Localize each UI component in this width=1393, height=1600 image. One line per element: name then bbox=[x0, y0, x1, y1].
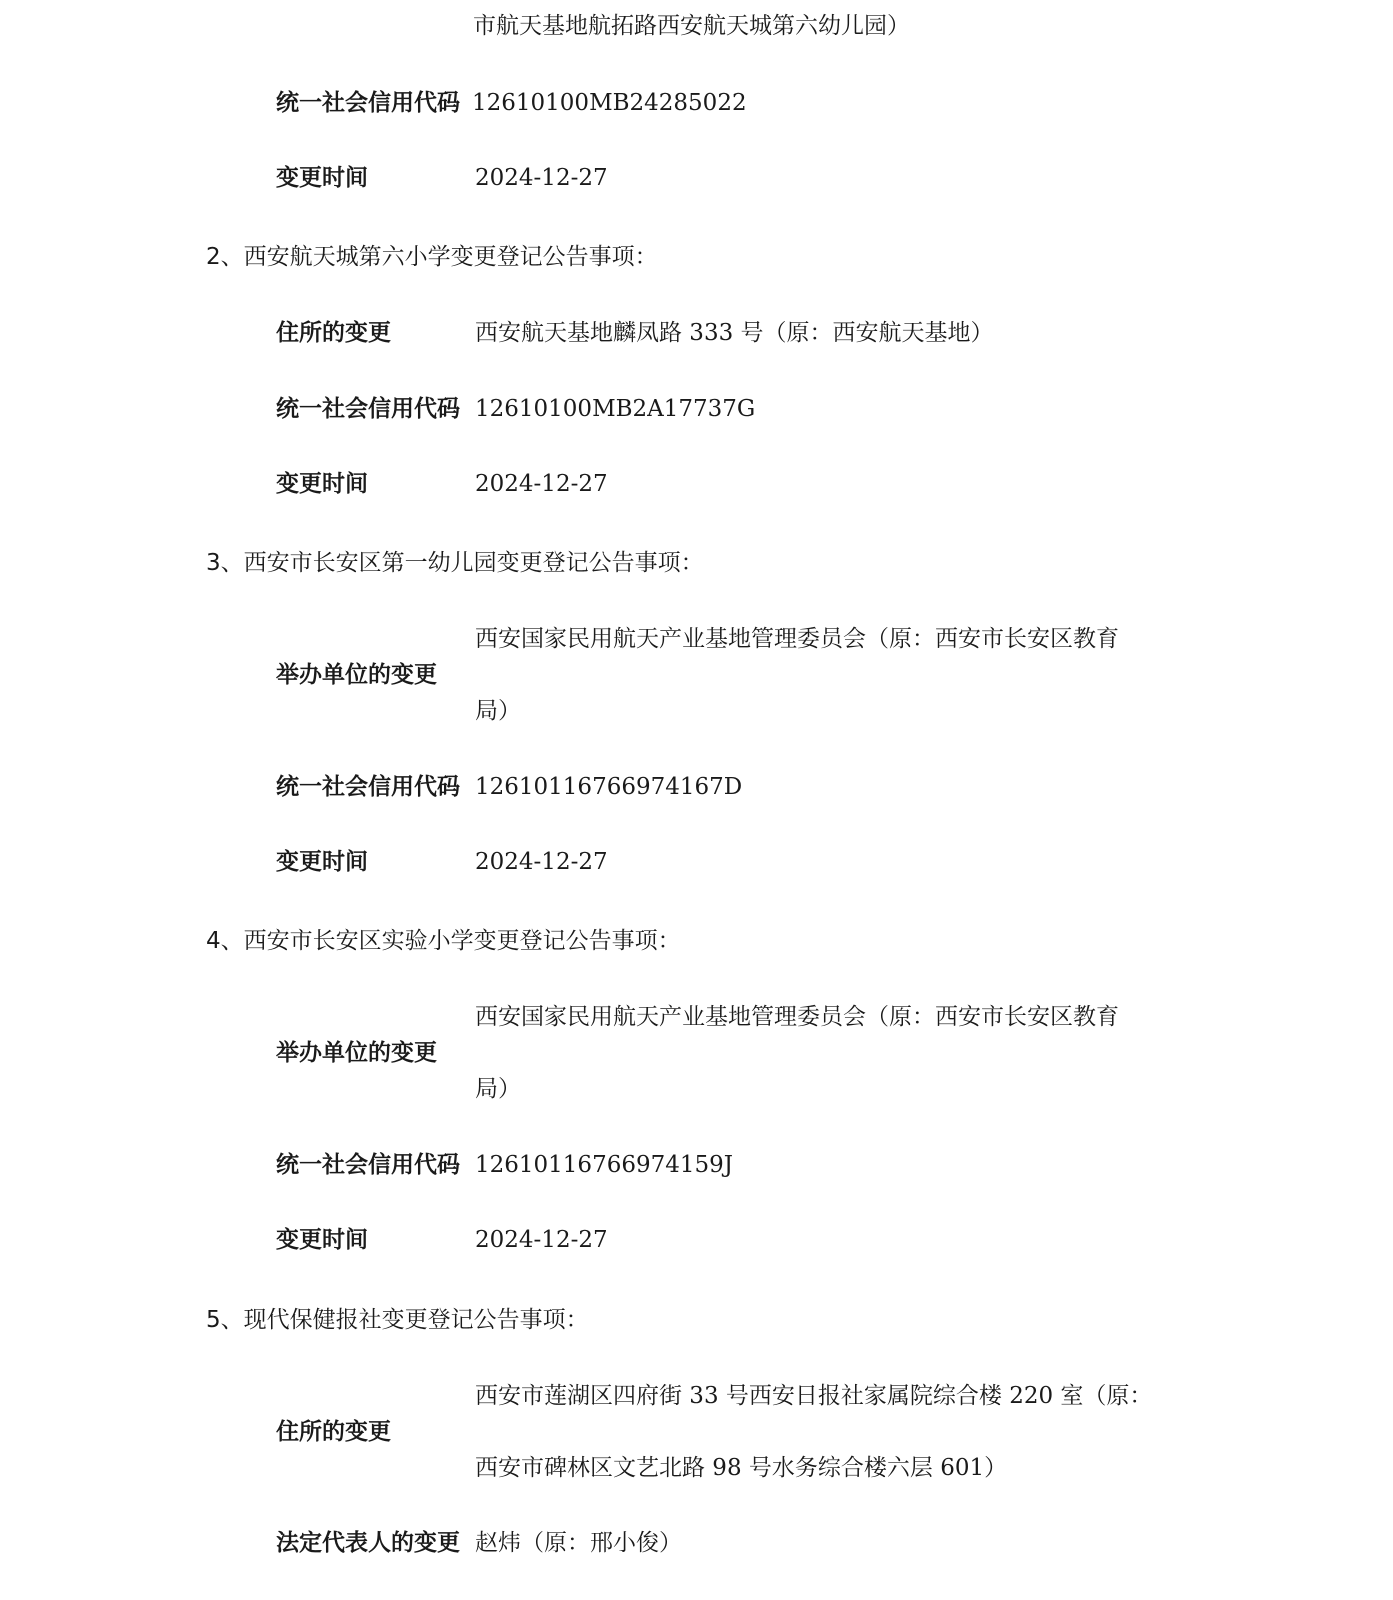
section4-change-time-label: 变更时间 bbox=[276, 1225, 368, 1255]
section-heading-4: 4、西安市长安区实验小学变更登记公告事项： bbox=[206, 926, 681, 956]
section3-sponsor-change-value-line2: 局） bbox=[475, 696, 521, 726]
entry1-change-time-label: 变更时间 bbox=[276, 163, 368, 193]
entry1-address-continuation: 市航天基地航拓路西安航天城第六幼儿园） bbox=[473, 11, 910, 41]
section-heading-5: 5、现代保健报社变更登记公告事项： bbox=[206, 1305, 589, 1335]
section3-change-time-label: 变更时间 bbox=[276, 847, 368, 877]
section4-sponsor-change-value-line1: 西安国家民用航天产业基地管理委员会（原：西安市长安区教育 bbox=[475, 1002, 1119, 1032]
announcement-page: 市航天基地航拓路西安航天城第六幼儿园） 统一社会信用代码 12610100MB2… bbox=[0, 0, 1393, 1600]
section3-sponsor-change-value-line1: 西安国家民用航天产业基地管理委员会（原：西安市长安区教育 bbox=[475, 624, 1119, 654]
section-heading-3: 3、西安市长安区第一幼儿园变更登记公告事项： bbox=[206, 548, 704, 578]
section2-address-change-label: 住所的变更 bbox=[276, 318, 391, 348]
section3-credit-code-value: 12610116766974167D bbox=[475, 772, 742, 802]
section4-credit-code-value: 12610116766974159J bbox=[475, 1150, 733, 1180]
section5-legal-rep-change-value: 赵炜（原：邢小俊） bbox=[475, 1528, 682, 1558]
entry1-credit-code-value: 12610100MB24285022 bbox=[472, 88, 747, 118]
section5-legal-rep-change-label: 法定代表人的变更 bbox=[276, 1528, 460, 1558]
section3-credit-code-label: 统一社会信用代码 bbox=[276, 772, 460, 802]
section2-credit-code-value: 12610100MB2A17737G bbox=[475, 394, 755, 424]
section-heading-2: 2、西安航天城第六小学变更登记公告事项： bbox=[206, 242, 658, 272]
entry1-credit-code-label: 统一社会信用代码 bbox=[276, 88, 460, 118]
section2-address-change-value: 西安航天基地麟凤路 333 号（原：西安航天基地） bbox=[475, 318, 994, 348]
section2-change-time-label: 变更时间 bbox=[276, 469, 368, 499]
section4-sponsor-change-value-line2: 局） bbox=[475, 1074, 521, 1104]
section2-change-time-value: 2024-12-27 bbox=[475, 469, 608, 499]
section5-address-change-value-line1: 西安市莲湖区四府街 33 号西安日报社家属院综合楼 220 室（原： bbox=[475, 1381, 1152, 1411]
section3-sponsor-change-label: 举办单位的变更 bbox=[276, 660, 437, 690]
section5-address-change-label: 住所的变更 bbox=[276, 1417, 391, 1447]
section4-sponsor-change-label: 举办单位的变更 bbox=[276, 1038, 437, 1068]
entry1-change-time-value: 2024-12-27 bbox=[475, 163, 608, 193]
section4-credit-code-label: 统一社会信用代码 bbox=[276, 1150, 460, 1180]
section2-credit-code-label: 统一社会信用代码 bbox=[276, 394, 460, 424]
section5-address-change-value-line2: 西安市碑林区文艺北路 98 号水务综合楼六层 601） bbox=[475, 1453, 1007, 1483]
section4-change-time-value: 2024-12-27 bbox=[475, 1225, 608, 1255]
section3-change-time-value: 2024-12-27 bbox=[475, 847, 608, 877]
